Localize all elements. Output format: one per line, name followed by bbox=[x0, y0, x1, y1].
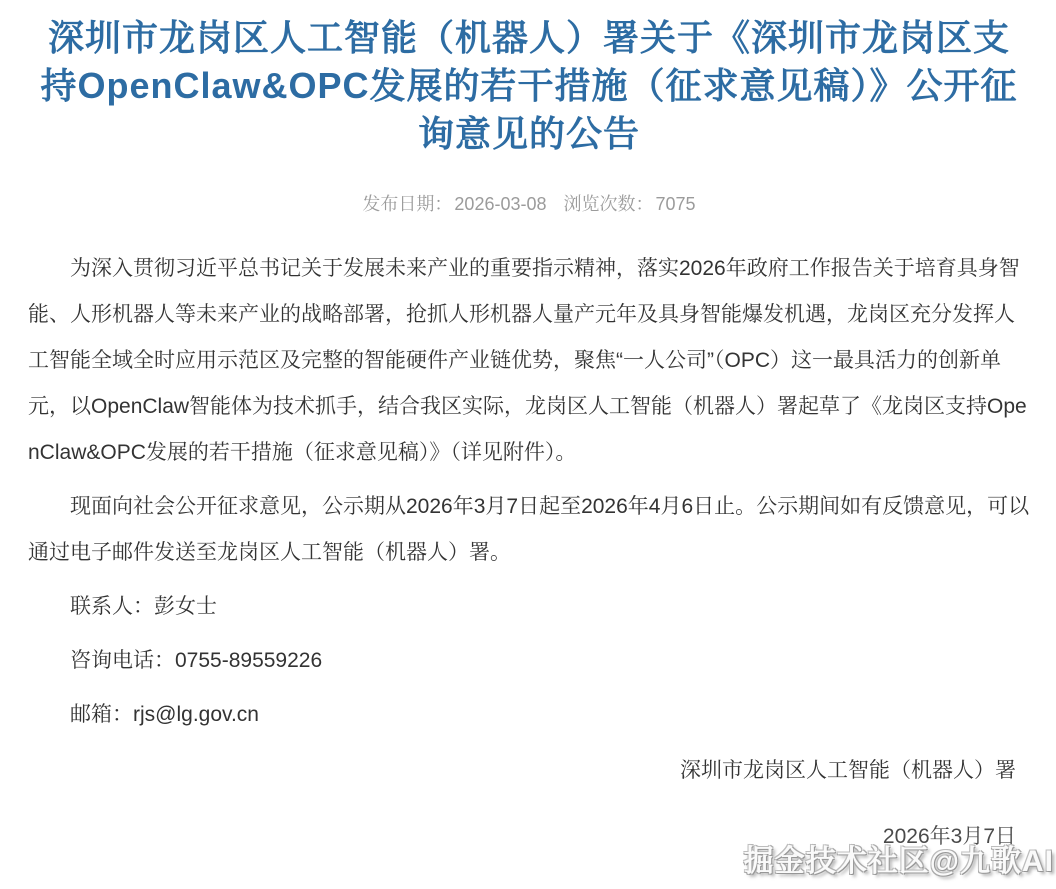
publish-date: 发布日期：2026-03-08 bbox=[362, 194, 546, 214]
announcement-page: 深圳市龙岗区人工智能（机器人）署关于《深圳市龙岗区支持OpenClaw&OPC发… bbox=[0, 0, 1056, 860]
publish-meta: 发布日期：2026-03-08 浏览次数：7075 bbox=[28, 192, 1030, 216]
publish-date-value: 2026-03-08 bbox=[454, 194, 546, 214]
view-count: 浏览次数：7075 bbox=[564, 194, 696, 214]
issuing-authority: 深圳市龙岗区人工智能（机器人）署 bbox=[28, 748, 1030, 794]
contact-phone-line: 咨询电话：0755-89559226 bbox=[28, 638, 1030, 684]
body-paragraph: 现面向社会公开征求意见，公示期从2026年3月7日起至2026年4月6日止。公示… bbox=[28, 484, 1030, 576]
publish-date-label: 发布日期： bbox=[362, 194, 452, 214]
view-count-label: 浏览次数： bbox=[564, 194, 654, 214]
body-paragraph: 为深入贯彻习近平总书记关于发展未来产业的重要指示精神，落实2026年政府工作报告… bbox=[28, 246, 1030, 476]
contact-person-line: 联系人：彭女士 bbox=[28, 584, 1030, 630]
contact-email-line: 邮箱：rjs@lg.gov.cn bbox=[28, 692, 1030, 738]
announcement-body: 为深入贯彻习近平总书记关于发展未来产业的重要指示精神，落实2026年政府工作报告… bbox=[28, 246, 1030, 860]
watermark: 掘金技术社区@九歌AI bbox=[744, 836, 1054, 880]
announcement-title: 深圳市龙岗区人工智能（机器人）署关于《深圳市龙岗区支持OpenClaw&OPC发… bbox=[30, 14, 1028, 158]
view-count-value: 7075 bbox=[656, 194, 696, 214]
